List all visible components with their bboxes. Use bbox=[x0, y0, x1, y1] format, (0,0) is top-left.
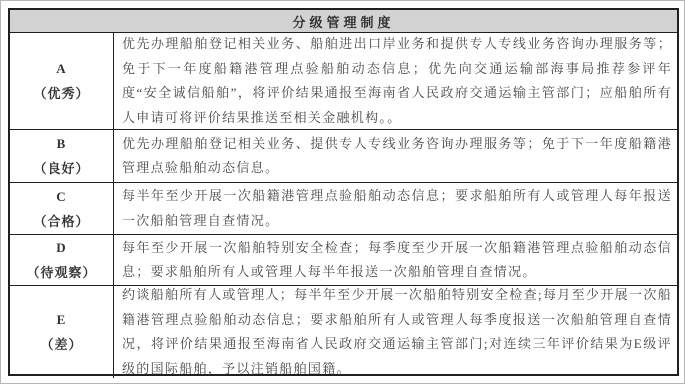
grading-system-table: 分级管理制度 A （优秀） 优先办理船舶登记相关业务、船舶进出口岸业务和提供专人… bbox=[8, 8, 679, 376]
measures-text: 优先办理船舶登记相关业务、船舶进出口岸业务和提供专人专线业务咨询办理服务等；免于… bbox=[122, 33, 672, 129]
grade-note: （待观察） bbox=[26, 260, 96, 285]
document-page: 分级管理制度 A （优秀） 优先办理船舶登记相关业务、船舶进出口岸业务和提供专人… bbox=[0, 0, 685, 384]
table-row-grade-a: A （优秀） 优先办理船舶登记相关业务、船舶进出口岸业务和提供专人专线业务咨询办… bbox=[10, 33, 677, 130]
grade-cell-a: A （优秀） bbox=[10, 33, 114, 129]
grade-letter: B bbox=[57, 131, 67, 156]
grade-letter: E bbox=[57, 307, 67, 332]
grade-cell-b: B （良好） bbox=[10, 130, 114, 182]
measures-text: 优先办理船舶登记相关业务、提供专人专线业务咨询办理服务等；免于下一年度船籍港管理… bbox=[122, 132, 672, 181]
measures-cell-d: 每年至少开展一次船舶特别安全检查；每季度至少开展一次船籍港管理点验船舶动态信息；… bbox=[114, 235, 677, 285]
measures-cell-c: 每半年至少开展一次船籍港管理点验船舶动态信息；要求船舶所有人或管理人每年报送一次… bbox=[114, 183, 677, 234]
measures-cell-a: 优先办理船舶登记相关业务、船舶进出口岸业务和提供专人专线业务咨询办理服务等；免于… bbox=[114, 33, 677, 129]
grade-note: （优秀） bbox=[33, 81, 89, 106]
grade-note: （良好） bbox=[33, 156, 89, 181]
grade-letter: A bbox=[56, 56, 66, 81]
table-title: 分级管理制度 bbox=[10, 10, 677, 33]
measures-text: 每半年至少开展一次船籍港管理点验船舶动态信息；要求船舶所有人或管理人每年报送一次… bbox=[122, 184, 672, 233]
measures-text: 约谈船舶所有人或管理人；每半年至少开展一次船舶特别安全检查;每月至少开展一次船籍… bbox=[122, 286, 672, 378]
measures-cell-e: 约谈船舶所有人或管理人；每半年至少开展一次船舶特别安全检查;每月至少开展一次船籍… bbox=[114, 286, 677, 378]
measures-cell-b: 优先办理船舶登记相关业务、提供专人专线业务咨询办理服务等；免于下一年度船籍港管理… bbox=[114, 130, 677, 182]
table-row-grade-c: C （合格） 每半年至少开展一次船籍港管理点验船舶动态信息；要求船舶所有人或管理… bbox=[10, 183, 677, 235]
measures-text: 每年至少开展一次船舶特别安全检查；每季度至少开展一次船籍港管理点验船舶动态信息；… bbox=[122, 236, 672, 285]
table-row-grade-b: B （良好） 优先办理船舶登记相关业务、提供专人专线业务咨询办理服务等；免于下一… bbox=[10, 130, 677, 183]
table-row-grade-d: D （待观察） 每年至少开展一次船舶特别安全检查；每季度至少开展一次船籍港管理点… bbox=[10, 235, 677, 286]
grade-letter: C bbox=[56, 184, 66, 209]
grade-letter: D bbox=[56, 235, 66, 260]
grade-cell-e: E （差） bbox=[10, 286, 114, 378]
grade-cell-d: D （待观察） bbox=[10, 235, 114, 285]
grade-note: （差） bbox=[40, 332, 82, 357]
table-row-grade-e: E （差） 约谈船舶所有人或管理人；每半年至少开展一次船舶特别安全检查;每月至少… bbox=[10, 286, 677, 378]
grade-cell-c: C （合格） bbox=[10, 183, 114, 234]
grade-note: （合格） bbox=[33, 209, 89, 234]
